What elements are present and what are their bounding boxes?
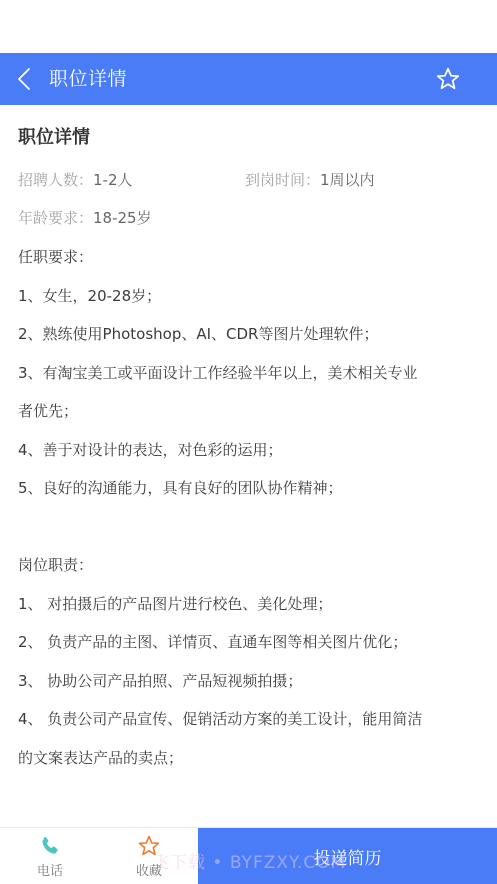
section-title: 职位详情	[18, 123, 90, 149]
age-label: 年龄要求：	[18, 207, 93, 228]
back-button[interactable]	[12, 65, 36, 93]
duties-heading: 岗位职责：	[18, 554, 93, 575]
start-time-label: 到岗时间：	[245, 169, 320, 190]
favorite-button[interactable]: 收藏	[99, 828, 199, 883]
phone-button[interactable]: 电话	[0, 828, 100, 883]
duty-line: 1、 对拍摄后的产品图片进行校色、美化处理；	[18, 593, 332, 614]
duty-line: 4、 负责公司产品宣传、促销活动方案的美工设计，能用简洁	[18, 708, 422, 729]
star-outline-icon	[435, 66, 461, 92]
duty-line: 的文案表达产品的卖点；	[18, 747, 183, 768]
requirement-line: 2、熟练使用Photoshop、AI、CDR等图片处理软件；	[18, 323, 379, 344]
page-title: 职位详情	[49, 53, 127, 105]
duty-line: 2、 负责产品的主图、详情页、直通车图等相关图片优化；	[18, 631, 407, 652]
age-value: 18-25岁	[93, 207, 152, 228]
headcount-label: 招聘人数：	[18, 169, 93, 190]
chevron-left-icon	[17, 67, 31, 91]
requirement-line: 者优先；	[18, 400, 78, 421]
start-time-row: 到岗时间： 1周以内	[245, 169, 375, 190]
start-time-value: 1周以内	[320, 169, 375, 190]
star-outline-icon	[137, 834, 161, 858]
requirements-heading: 任职要求：	[18, 246, 93, 267]
status-bar-area	[0, 0, 497, 53]
requirement-line: 3、有淘宝美工或平面设计工作经验半年以上，美术相关专业	[18, 362, 418, 383]
app-header: 职位详情	[0, 53, 497, 105]
headcount-row: 招聘人数： 1-2人	[18, 169, 133, 190]
requirement-line: 1、女生，20-28岁；	[18, 285, 161, 306]
age-row: 年龄要求： 18-25岁	[18, 207, 152, 228]
favorite-header-button[interactable]	[435, 66, 461, 92]
headcount-value: 1-2人	[93, 169, 133, 190]
duty-line: 3、 协助公司产品拍照、产品短视频拍摄；	[18, 670, 302, 691]
phone-icon	[38, 834, 62, 858]
favorite-label: 收藏	[136, 860, 162, 879]
requirement-line: 5、良好的沟通能力，具有良好的团队协作精神；	[18, 477, 343, 498]
requirement-line: 4、善于对设计的表达，对色彩的运用；	[18, 439, 283, 460]
phone-label: 电话	[37, 860, 63, 879]
submit-resume-button[interactable]: 投递简历	[198, 828, 497, 883]
bottom-action-bar: 电话 收藏 投递简历	[0, 827, 497, 883]
